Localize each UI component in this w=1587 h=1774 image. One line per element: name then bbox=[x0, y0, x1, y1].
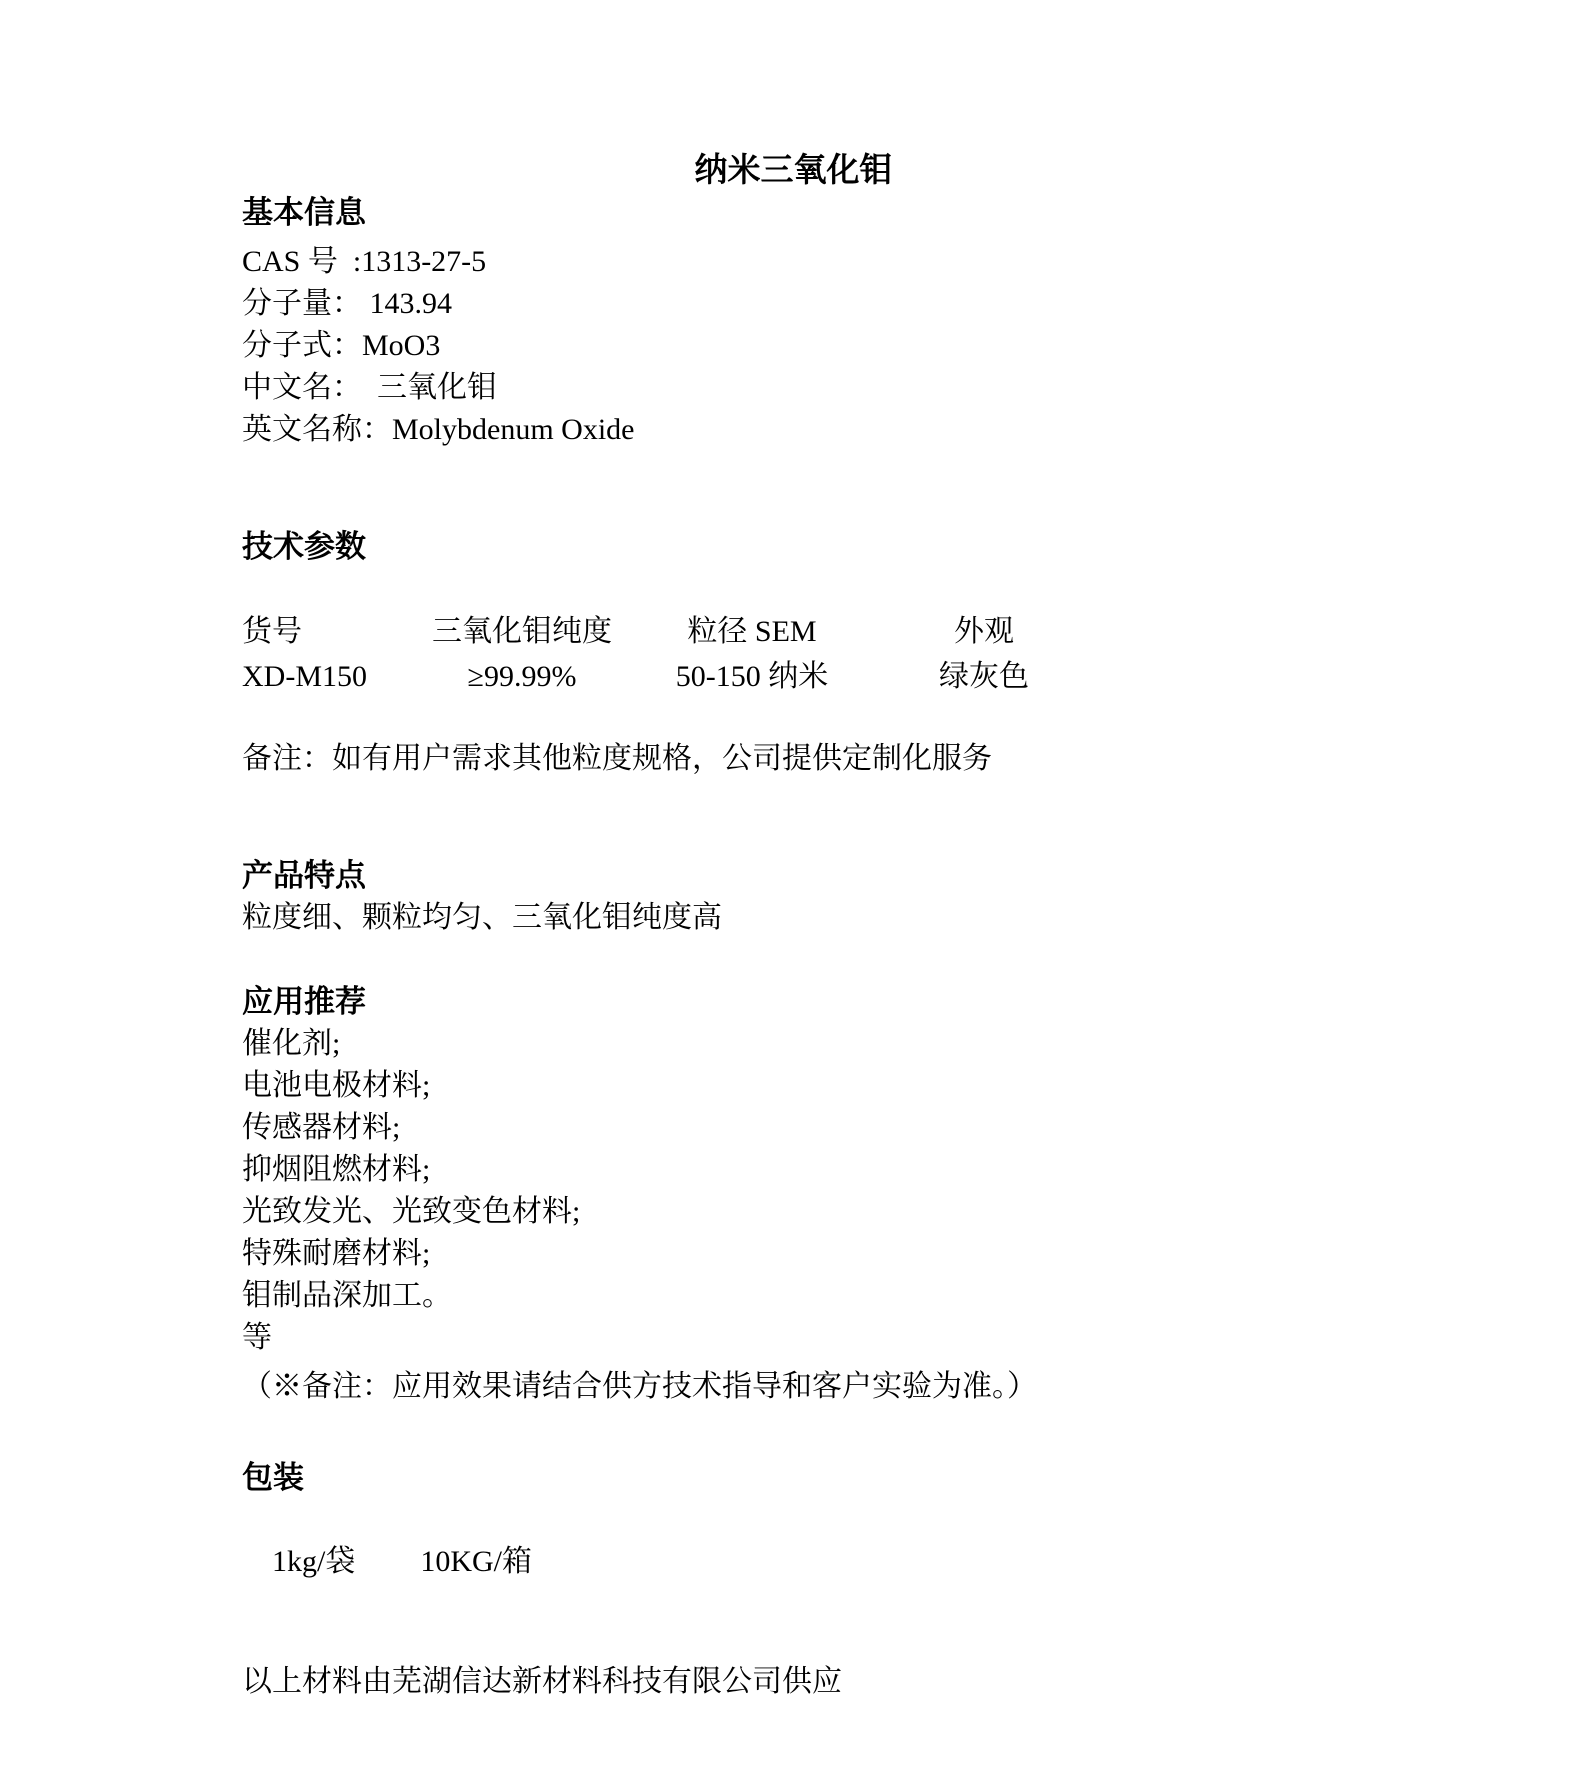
spec-table-header-row: 货号 三氧化钼纯度 粒径 SEM 外观 bbox=[242, 609, 1345, 654]
molecular-weight-line: 分子量： 143.94 bbox=[242, 283, 1345, 325]
item-no-value: XD-M150 bbox=[242, 654, 412, 699]
packaging-item-box: 10KG/箱 bbox=[420, 1545, 532, 1578]
application-item: 传感器材料; bbox=[242, 1107, 1345, 1149]
cas-number-line: CAS 号 :1313-27-5 bbox=[242, 241, 1345, 283]
features-heading: 产品特点 bbox=[242, 855, 1345, 897]
column-header-purity: 三氧化钼纯度 bbox=[412, 609, 632, 654]
spec-table-data-row: XD-M150 ≥99.99% 50-150 纳米 绿灰色 bbox=[242, 654, 1345, 699]
basic-info-heading: 基本信息 bbox=[242, 192, 1345, 234]
features-text: 粒度细、颗粒均匀、三氧化钼纯度高 bbox=[242, 897, 1345, 939]
document-page: 纳米三氧化钼 基本信息 CAS 号 :1313-27-5 分子量： 143.94… bbox=[0, 0, 1587, 1774]
applications-heading: 应用推荐 bbox=[242, 981, 1345, 1023]
appearance-value: 绿灰色 bbox=[872, 654, 1096, 699]
application-item: 电池电极材料; bbox=[242, 1065, 1345, 1107]
packaging-line: 1kg/袋10KG/箱 bbox=[242, 1499, 1345, 1625]
spec-table: 货号 三氧化钼纯度 粒径 SEM 外观 XD-M150 ≥99.99% 50-1… bbox=[242, 609, 1345, 699]
application-item: 抑烟阻燃材料; bbox=[242, 1149, 1345, 1191]
column-header-item-no: 货号 bbox=[242, 609, 412, 654]
chinese-name-line: 中文名： 三氧化钼 bbox=[242, 367, 1345, 409]
packaging-item-bag: 1kg/袋 bbox=[272, 1545, 355, 1578]
packaging-heading: 包装 bbox=[242, 1457, 1345, 1499]
application-item: 特殊耐磨材料; bbox=[242, 1233, 1345, 1275]
application-item: 光致发光、光致变色材料; bbox=[242, 1191, 1345, 1233]
application-item-etc: 等 bbox=[242, 1317, 1345, 1359]
application-item: 钼制品深加工。 bbox=[242, 1275, 1345, 1317]
column-header-particle-size: 粒径 SEM bbox=[632, 609, 872, 654]
tech-params-heading: 技术参数 bbox=[242, 526, 1345, 568]
supplier-line: 以上材料由芜湖信达新材料科技有限公司供应 bbox=[242, 1661, 1345, 1703]
applications-note: （※备注：应用效果请结合供方技术指导和客户实验为准。） bbox=[242, 1366, 1345, 1408]
purity-value: ≥99.99% bbox=[412, 654, 632, 699]
document-title: 纳米三氧化钼 bbox=[242, 150, 1345, 192]
column-header-appearance: 外观 bbox=[872, 609, 1096, 654]
molecular-formula-line: 分子式：MoO3 bbox=[242, 325, 1345, 367]
application-item: 催化剂; bbox=[242, 1023, 1345, 1065]
spec-note: 备注：如有用户需求其他粒度规格，公司提供定制化服务 bbox=[242, 738, 1345, 780]
english-name-line: 英文名称：Molybdenum Oxide bbox=[242, 409, 1345, 451]
particle-size-value: 50-150 纳米 bbox=[632, 654, 872, 699]
